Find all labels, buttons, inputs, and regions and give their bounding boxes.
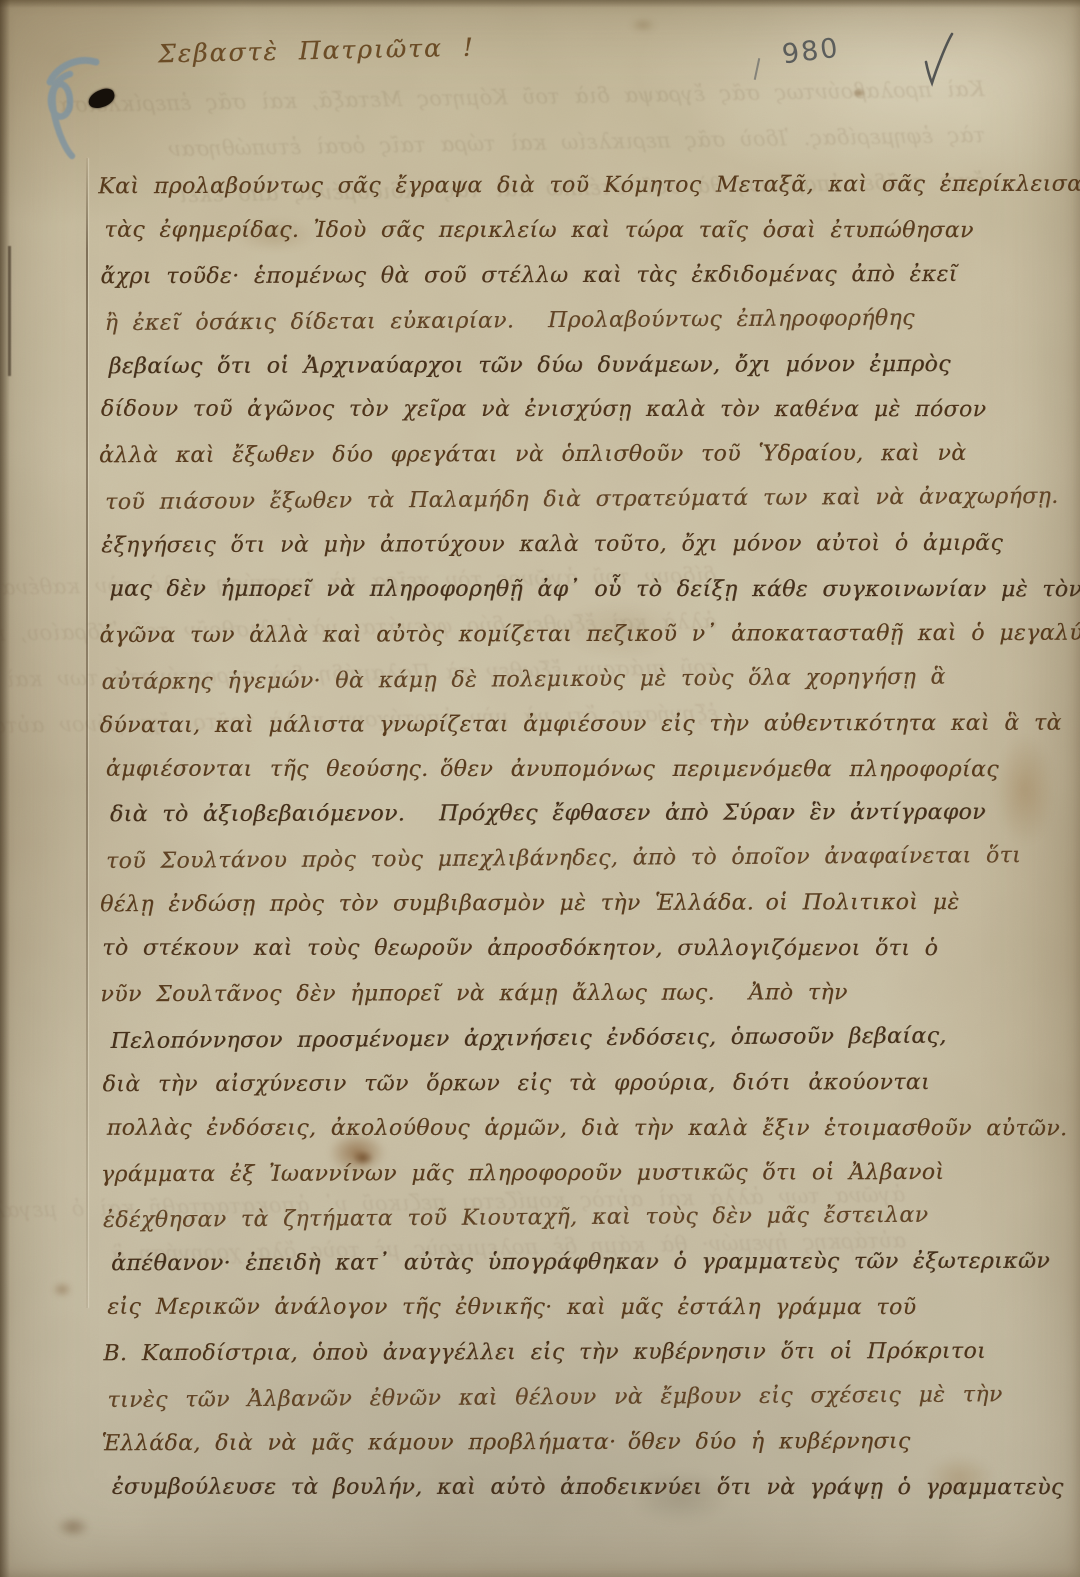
manuscript-line: ἄχρι τοῦδε· ἑπομένως θὰ σοῦ στέλλω καὶ τ… [100,253,1048,300]
manuscript-line: ἐξηγήσεις ὅτι νὰ μὴν ἀποτύχουν καλὰ τοῦτ… [101,522,1049,569]
salutation: Σεβαστὲ Πατριῶτα ! [158,33,475,69]
paper-edge-shadow [0,0,1080,8]
paper-edge-shadow [0,0,10,1577]
manuscript-line: γράμματα ἐξ Ἰωαννίνων μᾶς πληροφοροῦν μυ… [101,1150,1051,1197]
manuscript-line: Ἑλλάδα, διὰ νὰ μᾶς κάμουν προβλήματα· ὅθ… [102,1420,1052,1467]
foxing-spot [52,1282,72,1297]
foxing-spot [630,18,656,32]
manuscript-line: διὰ τὴν αἰσχύνεσιν τῶν ὅρκων εἰς τὰ φρού… [103,1061,1051,1108]
manuscript-line: Καὶ προλαβούντως σᾶς ἔγραψα διὰ τοῦ Κόμη… [98,163,1048,210]
manuscript-line: ἀλλὰ καὶ ἔξωθεν δύο φρεγάται νὰ ὁπλισθοῦ… [99,432,1049,479]
manuscript-line: αὐτάρκης ἡγεμών· θὰ κάμῃ δὲ πολεμικοὺς μ… [101,655,1049,706]
manuscript-line: ἐδέχθησαν τὰ ζητήματα τοῦ Κιουταχῆ, καὶ … [103,1193,1051,1244]
letter-body: Καὶ προλαβούντως σᾶς ἔγραψα διὰ τοῦ Κόμη… [98,163,1052,1512]
manuscript-line: ἢ ἐκεῖ ὁσάκις δίδεται εὐκαιρίαν. Προλαβο… [105,296,1049,347]
manuscript-line: διὰ τὸ ἀξιοβεβαιόμενον. Πρόχθες ἔφθασεν … [110,791,1050,838]
manuscript-line: Β. Καποδίστρια, ὁποὺ ἀναγγέλλει εἰς τὴν … [103,1330,1051,1377]
manuscript-line: τοῦ Σουλτάνου πρὸς τοὺς μπεχλιβάνηδες, ἀ… [106,834,1050,885]
manuscript-line: τὸ στέκουν καὶ τοὺς θεωροῦν ἀπροσδόκητον… [102,927,1050,972]
fold-crease [86,158,88,1308]
manuscript-line: εἰς Μερικῶν ἀνάλογον τῆς ἐθνικῆς· καὶ μᾶ… [107,1286,1051,1331]
manuscript-line: τὰς ἐφημερίδας. Ἰδοὺ σᾶς περικλείω καὶ τ… [104,209,1048,254]
manuscript-line: τινὲς τῶν Ἀλβανῶν ἐθνῶν καὶ θέλουν νὰ ἔμ… [107,1373,1051,1424]
manuscript-line: μας δὲν ἠμπορεῖ νὰ πληροφορηθῇ ἀφ᾿ οὗ τὸ… [109,568,1049,613]
manuscript-line: Πελοπόννησον προσμένομεν ἀρχινήσεις ἐνδό… [110,1014,1050,1065]
manuscript-page: Καὶ προλαβούντως σᾶς ἔγραψα διὰ τοῦ Κόμη… [0,0,1080,1577]
manuscript-line: ἐσυμβούλευσε τὰ βουλήν, καὶ αὐτὸ ἀποδεικ… [112,1466,1052,1511]
manuscript-line: δύναται, καὶ μάλιστα γνωρίζεται ἀμφιέσου… [100,701,1050,748]
manuscript-line: δίδουν τοῦ ἀγῶνος τὸν χεῖρα νὰ ἐνισχύσῃ … [101,388,1049,433]
manuscript-line: ἀμφιέσονται τῆς θεούσης. ὅθεν ἀνυπομόνως… [106,747,1050,792]
manuscript-line: ἀπέθανον· ἐπειδὴ κατ᾿ αὐτὰς ὑπογράφθηκαν… [111,1240,1051,1287]
manuscript-line: πολλὰς ἐνδόσεις, ἀκολούθους ἁρμῶν, διὰ τ… [107,1106,1051,1151]
manuscript-line: βεβαίως ὅτι οἱ Ἀρχιναύαρχοι τῶν δύω δυνά… [109,342,1049,389]
checkmark-icon [918,28,962,92]
fold-crease [8,246,11,376]
manuscript-line: ἀγῶνα των ἀλλὰ καὶ αὐτὸς κομίζεται πεζικ… [99,612,1049,659]
manuscript-line: τοῦ πιάσουν ἔξωθεν τὰ Παλαμήδη διὰ στρατ… [105,475,1049,526]
foxing-spot [56,1516,90,1538]
foxing-spot [852,88,866,98]
manuscript-line: θέλῃ ἐνδώσῃ πρὸς τὸν συμβιβασμὸν μὲ τὴν … [100,881,1050,928]
manuscript-line: νῦν Σουλτᾶνος δὲν ἠμπορεῖ νὰ κάμῃ ἄλλως … [100,971,1050,1018]
archive-number-pencil: 980 [780,33,841,71]
